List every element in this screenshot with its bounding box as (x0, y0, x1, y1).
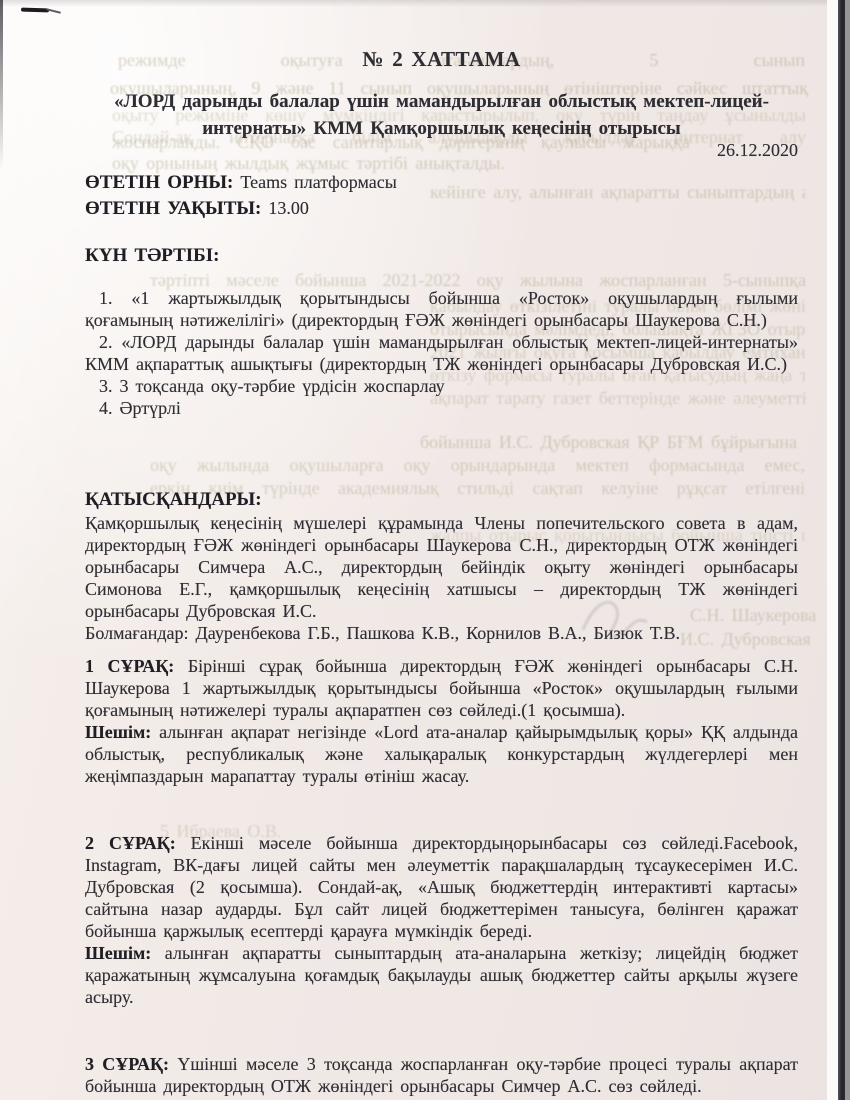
agenda-item: 3. 3 тоқсанда оқу-тәрбие үрдісін жоспарл… (85, 375, 798, 397)
scanned-page: режимде оқытуға ата-аналардың, 5 сынып о… (0, 0, 850, 1100)
decision-2-text: алынған ақпаратты сыныптардың ата-аналар… (85, 943, 798, 1007)
question-2-section: 2 СҰРАҚ: Екінші мәселе бойынша директорд… (85, 832, 798, 1008)
agenda-item: 2. «ЛОРД дарынды балалар үшін мамандырыл… (85, 331, 798, 375)
time-row: ӨТЕТІН УАҚЫТЫ:13.00 (85, 197, 798, 220)
agenda-list: 1. «1 жартыжылдық қорытындысы бойынша «Р… (85, 287, 798, 419)
question-1-text: Бірінші сұрақ бойынша директордың ҒӘЖ жө… (85, 656, 798, 720)
venue-label: ӨТЕТІН ОРНЫ: (85, 172, 233, 193)
venue-row: ӨТЕТІН ОРНЫ:Teams платформасы (85, 171, 798, 194)
participants-heading: ҚАТЫСҚАНДАРЫ: (85, 489, 798, 511)
question-3-paragraph: 3 СҰРАҚ: Үшінші мәселе 3 тоқсанда жоспар… (85, 1053, 798, 1097)
question-3-section: 3 СҰРАҚ: Үшінші мәселе 3 тоқсанда жоспар… (85, 1053, 798, 1097)
decision-2-label: Шешім: (85, 943, 151, 963)
scan-edge-shadow-line (838, 0, 845, 1100)
venue-value: Teams платформасы (240, 172, 396, 192)
scan-edge-highlight (827, 0, 838, 1100)
bleed-line: оқу жылында оқушыларға оқу орындарында м… (150, 454, 805, 476)
document-date: 26.12.2020 (85, 139, 798, 161)
decision-1-paragraph: Шешім: алынған ақпарат негізінде «Lord а… (85, 721, 798, 787)
question-1-section: 1 СҰРАҚ: Бірінші сұрақ бойынша директорд… (85, 655, 798, 787)
agenda-item: 1. «1 жартыжылдық қорытындысы бойынша «Р… (85, 287, 798, 331)
time-value: 13.00 (268, 198, 309, 218)
decision-1-text: алынған ақпарат негізінде «Lord ата-анал… (85, 722, 798, 786)
document-subtitle-line2: интернаты» КММ Қамқоршылық кеңесінің оты… (85, 115, 798, 142)
agenda-heading: КҮН ТӘРТІБІ: (85, 245, 798, 267)
question-2-label: 2 СҰРАҚ: (85, 833, 176, 853)
document-subtitle: «ЛОРД дарынды балалар үшін мамандырылған… (85, 88, 798, 142)
question-3-label: 3 СҰРАҚ: (85, 1054, 169, 1074)
question-2-paragraph: 2 СҰРАҚ: Екінші мәселе бойынша директорд… (85, 832, 798, 942)
time-label: ӨТЕТІН УАҚЫТЫ: (85, 198, 261, 219)
question-1-label: 1 СҰРАҚ: (85, 656, 174, 676)
document-title: № 2 ХАТТАМА (85, 46, 798, 73)
participants-paragraph: Қамқоршылық кеңесінің мүшелері құрамында… (85, 512, 798, 622)
question-2-text: Екінші мәселе бойынша директордыңорынбас… (85, 833, 798, 941)
participants-block: Қамқоршылық кеңесінің мүшелері құрамында… (85, 512, 798, 644)
document-subtitle-line1: «ЛОРД дарынды балалар үшін мамандырылған… (85, 88, 798, 115)
scan-left-edge-shadow (0, 0, 3, 170)
decision-2-paragraph: Шешім: алынған ақпаратты сыныптардың ата… (85, 942, 798, 1008)
agenda-item: 4. Әртүрлі (85, 397, 798, 419)
absent-line: Болмағандар: Дауренбекова Г.Б., Пашкова … (85, 622, 798, 644)
question-3-text: Үшінші мәселе 3 тоқсанда жоспарланған оқ… (85, 1054, 798, 1096)
bleed-line: бойынша И.С. Дубровская ҚР БҒМ бұйрығына… (420, 431, 805, 453)
decision-1-label: Шешім: (85, 722, 151, 742)
question-1-paragraph: 1 СҰРАҚ: Бірінші сұрақ бойынша директорд… (85, 655, 798, 721)
scan-edge-outer-band (845, 0, 850, 1100)
